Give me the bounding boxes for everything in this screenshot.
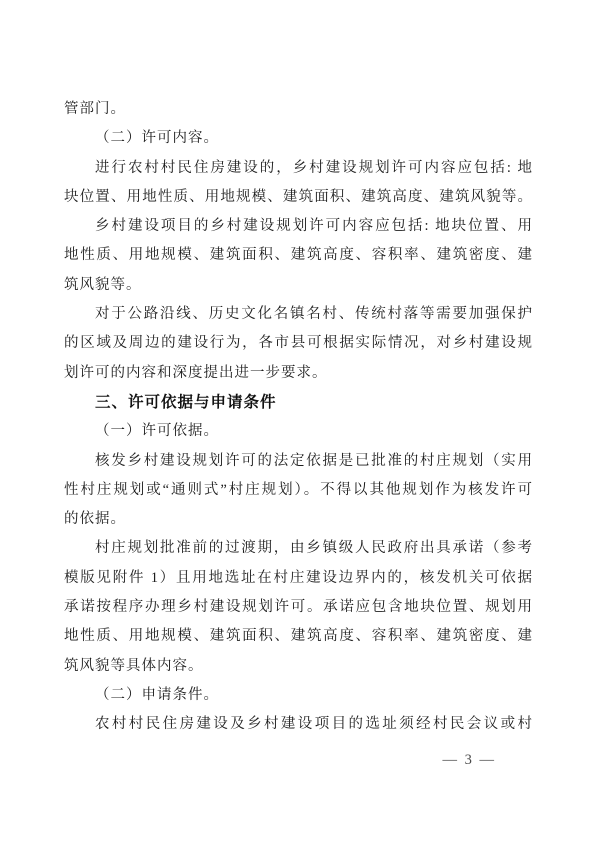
body-line: 性村庄规划或“通则式”村庄规划）。不得以其他规划作为核发许可: [64, 476, 533, 505]
body-line: 地性质、用地规模、建筑面积、建筑高度、容积率、建筑密度、建: [64, 622, 533, 651]
body-line: 村庄规划批准前的过渡期，由乡镇级人民政府出具承诺（参考: [64, 534, 533, 563]
body-line: （二）申请条件。: [64, 681, 533, 710]
page-number: — 3 —: [443, 749, 497, 771]
document-body: 管部门。（二）许可内容。进行农村村民住房建设的，乡村建设规划许可内容应包括: 地…: [64, 95, 533, 740]
body-line: 农村村民住房建设及乡村建设项目的选址须经村民会议或村: [64, 710, 533, 739]
body-line: 承诺按程序办理乡村建设规划许可。承诺应包含地块位置、规划用: [64, 593, 533, 622]
section-heading: 三、许可依据与申请条件: [64, 388, 533, 417]
body-line: 划许可的内容和深度提出进一步要求。: [64, 359, 533, 388]
body-line: 乡村建设项目的乡村建设规划许可内容应包括: 地块位置、用: [64, 212, 533, 241]
body-line: 筑风貌等。: [64, 271, 533, 300]
body-line: 地性质、用地规模、建筑面积、建筑高度、容积率、建筑密度、建: [64, 241, 533, 270]
body-line: 的区域及周边的建设行为，各市县可根据实际情况，对乡村建设规: [64, 329, 533, 358]
body-line: 块位置、用地性质、用地规模、建筑面积、建筑高度、建筑风貌等。: [64, 183, 533, 212]
body-line: 的依据。: [64, 505, 533, 534]
body-line: 核发乡村建设规划许可的法定依据是已批准的村庄规划（实用: [64, 447, 533, 476]
body-line: 模版见附件 1）且用地选址在村庄建设边界内的，核发机关可依据: [64, 564, 533, 593]
document-page: 管部门。（二）许可内容。进行农村村民住房建设的，乡村建设规划许可内容应包括: 地…: [0, 0, 596, 842]
body-line: 进行农村村民住房建设的，乡村建设规划许可内容应包括: 地: [64, 154, 533, 183]
body-line: （一）许可依据。: [64, 417, 533, 446]
body-line: 管部门。: [64, 95, 533, 124]
body-line: 对于公路沿线、历史文化名镇名村、传统村落等需要加强保护: [64, 300, 533, 329]
body-line: 筑风貌等具体内容。: [64, 652, 533, 681]
body-line: （二）许可内容。: [64, 124, 533, 153]
